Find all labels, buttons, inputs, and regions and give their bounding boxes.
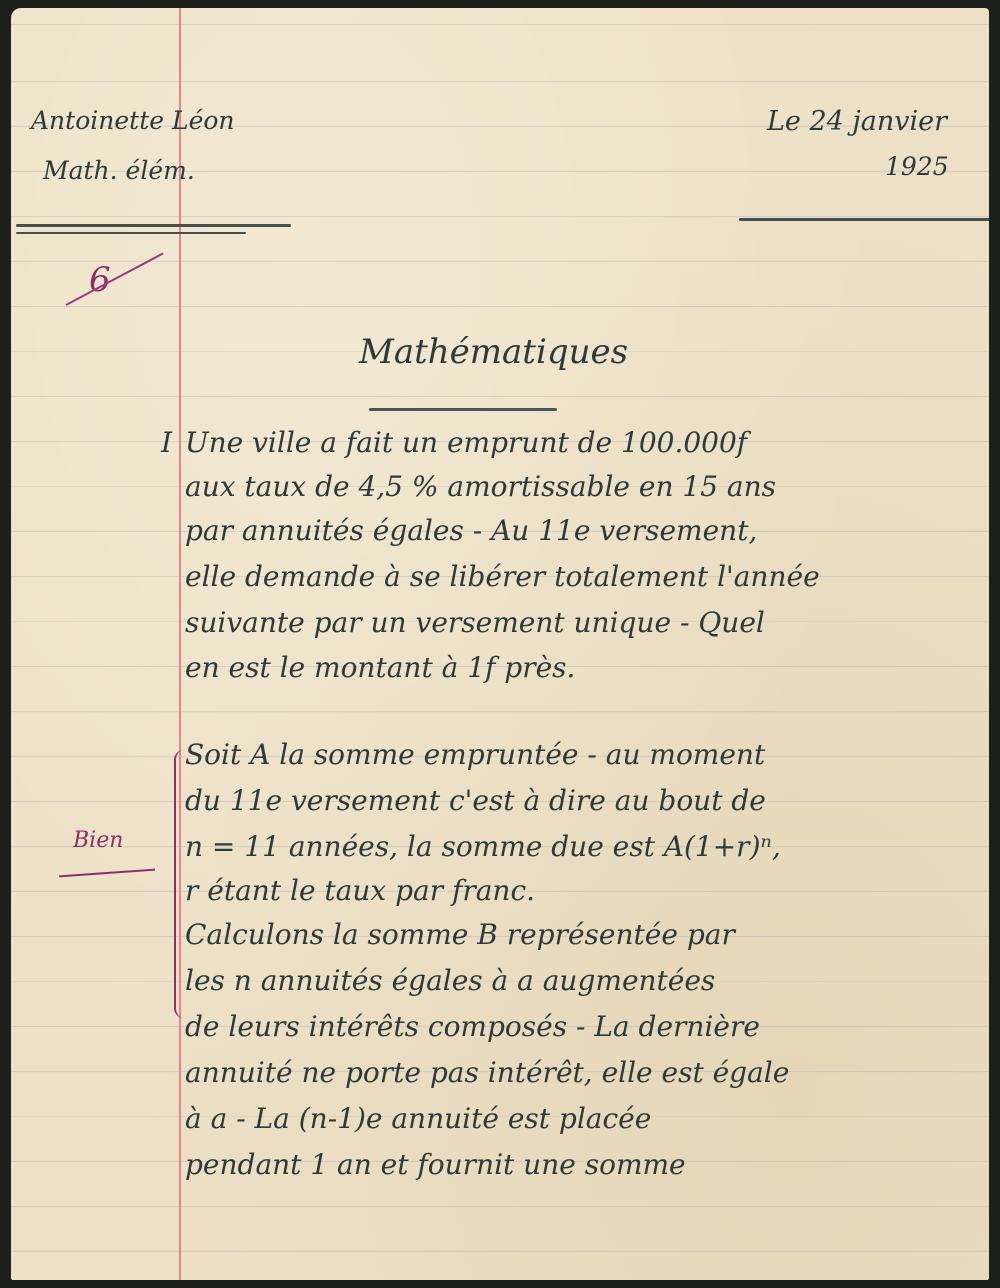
- grade-slash: [66, 252, 164, 305]
- teacher-comment: Bien: [73, 828, 123, 853]
- title-underline: [369, 408, 557, 411]
- teacher-comment-underline: [59, 869, 155, 878]
- problem-line: en est le montant à 1f près.: [185, 651, 575, 684]
- student-class: Math. élém.: [43, 156, 195, 185]
- solution-line: n = 11 années, la somme due est A(1+r)ⁿ,: [185, 830, 781, 863]
- solution-line: annuité ne porte pas intérêt, elle est é…: [185, 1056, 789, 1089]
- problem-number: I: [161, 426, 172, 459]
- solution-line: pendant 1 an et fournit une somme: [185, 1148, 686, 1181]
- solution-line: du 11e versement c'est à dire au bout de: [185, 784, 766, 817]
- problem-line: elle demande à se libérer totalement l'a…: [185, 560, 820, 593]
- problem-line: Une ville a fait un emprunt de 100.000f: [185, 426, 747, 459]
- date-line: Le 24 janvier: [767, 106, 947, 137]
- header-left-underline-second: [16, 232, 246, 234]
- date-year: 1925: [885, 152, 949, 181]
- student-name: Antoinette Léon: [31, 106, 235, 135]
- problem-line: aux taux de 4,5 % amortissable en 15 ans: [185, 470, 776, 503]
- ruled-lines: [11, 8, 989, 1280]
- correction-bracket: [174, 750, 184, 1018]
- solution-line: à a - La (n-1)e annuité est placée: [185, 1102, 651, 1135]
- solution-line: de leurs intérêts composés - La dernière: [185, 1010, 760, 1043]
- margin-line: [179, 8, 181, 1280]
- grade-mark: 6: [89, 260, 111, 300]
- solution-line: r étant le taux par franc.: [185, 874, 535, 907]
- solution-line: Soit A la somme empruntée - au moment: [185, 738, 765, 771]
- problem-line: par annuités égales - Au 11e versement,: [185, 514, 757, 547]
- solution-line: Calculons la somme B représentée par: [185, 918, 735, 951]
- page-title: Mathématiques: [359, 332, 628, 372]
- problem-line: suivante par un versement unique - Quel: [185, 606, 765, 639]
- notebook-page: Antoinette Léon Math. élém. Le 24 janvie…: [11, 8, 989, 1280]
- header-left-underline: [16, 224, 291, 227]
- header-right-underline: [739, 218, 989, 221]
- solution-line: les n annuités égales à a augmentées: [185, 964, 715, 997]
